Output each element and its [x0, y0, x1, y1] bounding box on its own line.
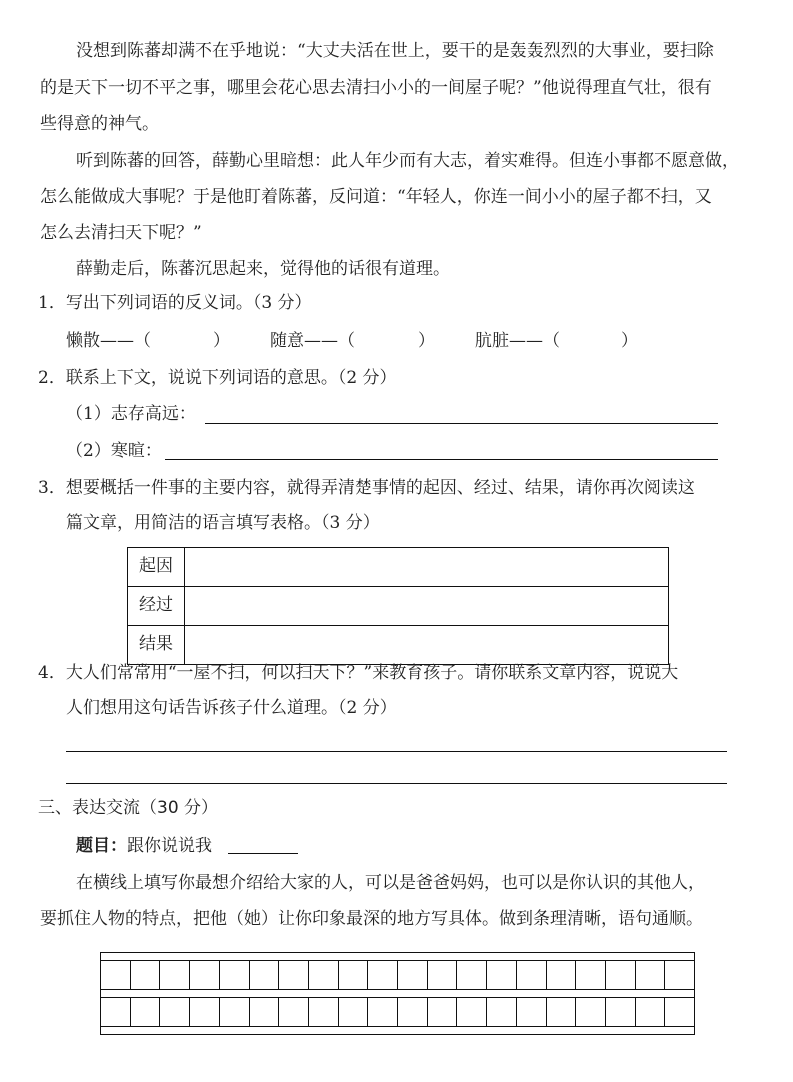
- q1-item-angzang: 肮脏——（: [475, 330, 560, 352]
- grid-cell[interactable]: [547, 961, 577, 989]
- passage-p1-line2: 的是天下一切不平之事，哪里会花心思去清扫小小的一间屋子呢？”他说得理直气壮，很有: [40, 77, 712, 99]
- grid-cell[interactable]: [665, 961, 694, 989]
- topic-text: 跟你说说我: [127, 836, 212, 856]
- grid-cell[interactable]: [101, 961, 131, 989]
- passage-p2-line2: 怎么能做成大事呢？于是他盯着陈蕃，反问道：“年轻人，你连一间小小的屋子都不扫，又: [40, 186, 712, 208]
- grid-spacer: [101, 1027, 694, 1034]
- answer-cell-result[interactable]: [185, 626, 669, 665]
- grid-cell[interactable]: [606, 998, 636, 1026]
- grid-cell[interactable]: [576, 998, 606, 1026]
- grid-cell[interactable]: [398, 961, 428, 989]
- q4-answer-line-1[interactable]: [66, 751, 727, 752]
- question-3-prompt-line2: 篇文章，用简洁的语言填写表格。（3 分）: [66, 512, 380, 534]
- grid-cell[interactable]: [190, 998, 220, 1026]
- grid-cell[interactable]: [368, 998, 398, 1026]
- grid-cell[interactable]: [457, 961, 487, 989]
- grid-cell[interactable]: [220, 998, 250, 1026]
- grid-cell[interactable]: [428, 998, 458, 1026]
- row-label-cause: 起因: [128, 548, 185, 587]
- grid-cell[interactable]: [160, 998, 190, 1026]
- table-row: 结果: [128, 626, 669, 665]
- grid-cell[interactable]: [160, 961, 190, 989]
- q1-item-suiyi: 随意——（: [270, 330, 355, 352]
- row-label-result: 结果: [128, 626, 185, 665]
- grid-cell[interactable]: [368, 961, 398, 989]
- grid-cell[interactable]: [220, 961, 250, 989]
- grid-cell[interactable]: [457, 998, 487, 1026]
- section-3-instruction-line1: 在横线上填写你最想介绍给大家的人，可以是爸爸妈妈，也可以是你认识的其他人，: [76, 872, 705, 894]
- passage-p1-line1: 没想到陈蕃却满不在乎地说：“大丈夫活在世上，要干的是轰轰烈烈的大事业，要扫除: [76, 40, 714, 62]
- question-2-prompt: 2．联系上下文，说说下列词语的意思。（2 分）: [38, 367, 397, 389]
- grid-row-1[interactable]: [101, 961, 694, 990]
- composition-writing-grid[interactable]: [100, 952, 695, 1035]
- story-summary-table: 起因 经过 结果: [127, 547, 669, 665]
- topic-label: 题目：: [76, 836, 127, 856]
- grid-cell[interactable]: [309, 961, 339, 989]
- q1-item-lansan: 懒散——（: [66, 330, 151, 352]
- grid-cell[interactable]: [576, 961, 606, 989]
- grid-cell[interactable]: [339, 998, 369, 1026]
- grid-cell[interactable]: [606, 961, 636, 989]
- essay-topic: 题目：跟你说说我: [76, 835, 212, 857]
- q1-close-paren-3: ）: [621, 330, 638, 352]
- question-1-prompt: 1．写出下列词语的反义词。（3 分）: [38, 292, 312, 314]
- grid-cell[interactable]: [487, 961, 517, 989]
- grid-spacer: [101, 953, 694, 961]
- grid-cell[interactable]: [636, 998, 666, 1026]
- grid-cell[interactable]: [428, 961, 458, 989]
- table-row: 经过: [128, 587, 669, 626]
- q4-answer-line-2[interactable]: [66, 783, 727, 784]
- grid-cell[interactable]: [279, 961, 309, 989]
- q2-item-2-answer-line[interactable]: [165, 459, 718, 460]
- grid-cell[interactable]: [517, 961, 547, 989]
- passage-p2-line3: 怎么去清扫天下呢？”: [40, 222, 202, 244]
- table-row: 起因: [128, 548, 669, 587]
- section-3-heading: 三、表达交流（30 分）: [38, 797, 218, 819]
- row-label-process: 经过: [128, 587, 185, 626]
- q2-item-1-answer-line[interactable]: [205, 423, 718, 424]
- grid-row-2[interactable]: [101, 998, 694, 1027]
- grid-spacer: [101, 990, 694, 998]
- question-4-prompt-line2: 人们想用这句话告诉孩子什么道理。（2 分）: [66, 697, 397, 719]
- passage-p3-line1: 薛勤走后，陈蕃沉思起来，觉得他的话很有道理。: [76, 258, 450, 280]
- grid-cell[interactable]: [279, 998, 309, 1026]
- grid-cell[interactable]: [131, 961, 161, 989]
- q1-close-paren-1: ）: [213, 330, 230, 352]
- answer-cell-process[interactable]: [185, 587, 669, 626]
- grid-cell[interactable]: [665, 998, 694, 1026]
- section-3-instruction-line2: 要抓住人物的特点，把他（她）让你印象最深的地方写具体。做到条理清晰，语句通顺。: [40, 908, 703, 930]
- q2-item-2-label: （2）寒暄：: [66, 440, 162, 462]
- question-3-prompt-line1: 3．想要概括一件事的主要内容，就得弄清楚事情的起因、经过、结果，请你再次阅读这: [38, 477, 695, 499]
- grid-cell[interactable]: [398, 998, 428, 1026]
- grid-cell[interactable]: [309, 998, 339, 1026]
- passage-p2-line1: 听到陈蕃的回答，薛勤心里暗想：此人年少而有大志，着实难得。但连小事都不愿意做，: [76, 150, 739, 172]
- grid-cell[interactable]: [339, 961, 369, 989]
- passage-p1-line3: 些得意的神气。: [40, 113, 159, 135]
- grid-cell[interactable]: [190, 961, 220, 989]
- topic-blank-line[interactable]: [228, 853, 298, 854]
- grid-cell[interactable]: [131, 998, 161, 1026]
- grid-cell[interactable]: [636, 961, 666, 989]
- grid-cell[interactable]: [547, 998, 577, 1026]
- q1-close-paren-2: ）: [418, 330, 435, 352]
- question-4-prompt-line1: 4．大人们常常用“一屋不扫，何以扫天下？”来教育孩子。请你联系文章内容，说说大: [38, 662, 678, 684]
- q2-item-1-label: （1）志存高远：: [66, 403, 196, 425]
- answer-cell-cause[interactable]: [185, 548, 669, 587]
- grid-cell[interactable]: [487, 998, 517, 1026]
- grid-cell[interactable]: [517, 998, 547, 1026]
- grid-cell[interactable]: [250, 998, 280, 1026]
- grid-cell[interactable]: [101, 998, 131, 1026]
- grid-cell[interactable]: [250, 961, 280, 989]
